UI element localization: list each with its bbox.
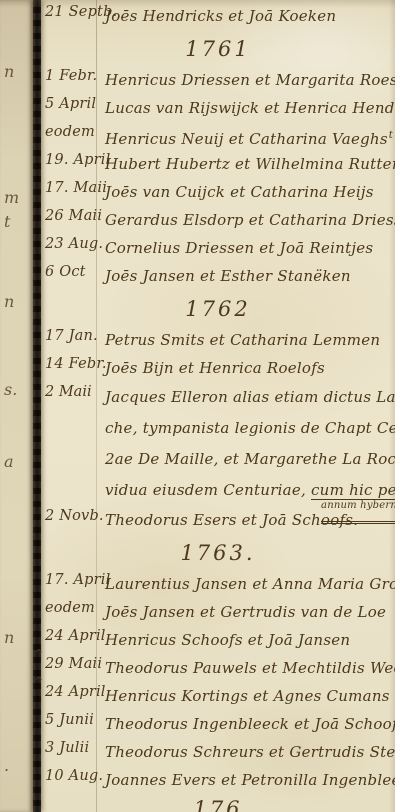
facing-page-margin: [0, 0, 33, 812]
entry-date: eodem: [45, 124, 99, 140]
year-heading: 1762: [45, 290, 391, 326]
entry-date: 23 Aug.: [45, 236, 99, 252]
entry-names: Cornelius Driessen et Joā Reintjes: [105, 239, 373, 257]
entry-date: 3 Julii: [45, 740, 99, 756]
entry-text-line: Jacques Elleron alias etiam dictus La Br…: [105, 382, 391, 413]
entry-names: Theodorus Schreurs et Gertrudis Stenhove…: [105, 743, 395, 761]
entry-names: Henricus Driessen et Margarita Roes: [105, 71, 395, 89]
register-page-scan: 21 Septb. Joēs Hendricks et Joā Koeken 1…: [0, 0, 395, 812]
entry-names: Joannes Evers et Petronilla Ingenbleeck.: [105, 771, 395, 789]
entry-date: eodem: [45, 600, 99, 616]
superscript-correction: t: [389, 130, 393, 141]
entry-names: Joēs van Cuijck et Catharina Heijs: [105, 183, 374, 201]
margin-text-fragment: n: [4, 628, 30, 647]
margin-text-fragment: a: [4, 452, 30, 471]
register-entry-row: 26 Maii Gerardus Elsdorp et Catharina Dr…: [45, 206, 391, 234]
register-entry-row: 24 April^ Henricus Kortings et Agnes Cum…: [45, 682, 391, 710]
register-entry-row: 24 April Henricus Schoofs et Joā Jansen: [45, 626, 391, 654]
margin-text-fragment: n: [4, 292, 30, 311]
entry-names: Henricus Schoofs et Joā Jansen: [105, 631, 350, 649]
entry-date: 24 April: [45, 628, 99, 644]
register-rows: 21 Septb. Joēs Hendricks et Joā Koeken 1…: [45, 2, 391, 812]
entry-date: 24 April^: [45, 684, 99, 700]
entry-date: 29 Maii^: [45, 656, 99, 672]
entry-names: Theodorus Pauwels et Mechtildis Weeren: [105, 659, 395, 677]
entry-names: Gerardus Elsdorp et Catharina Driessen: [105, 211, 395, 229]
margin-text-fragment: n: [4, 62, 30, 81]
register-entry-row: 17 Jan. Petrus Smits et Catharina Lemmen: [45, 326, 391, 354]
entry-names: Lucas van Rijswijck et Henrica Hendricks: [105, 99, 395, 117]
register-entry-row: 1 Febr. Henricus Driessen et Margarita R…: [45, 66, 391, 94]
entry-names: Petrus Smits et Catharina Lemmen: [105, 331, 380, 349]
entry-date: 26 Maii: [45, 208, 99, 224]
entry-names: Henricus Kortings et Agnes Cumans: [105, 687, 390, 705]
entry-date: 17 Jan.: [45, 328, 99, 344]
entry-date: 10 Aug.: [45, 768, 99, 784]
entry-names: Laurentius Jansen et Anna Maria Groesdon…: [105, 575, 395, 593]
margin-text-fragment: .: [4, 756, 30, 775]
entry-date: 5 Junii: [45, 712, 99, 728]
register-entry-row: eodem Joēs Jansen et Gertrudis van de Lo…: [45, 598, 391, 626]
margin-text-fragment: s.: [4, 380, 30, 399]
insertion-caret-mark: ^: [34, 675, 43, 688]
entry-date: 2 Maii: [45, 384, 99, 400]
year-heading: 1763.: [45, 534, 391, 570]
register-entry-row: 23 Aug. Cornelius Driessen et Joā Reintj…: [45, 234, 391, 262]
entry-date: 5 April: [45, 96, 99, 112]
entry-names: Henricus Neuij et Catharina Vaeghst: [105, 130, 393, 148]
entry-names: Joēs Jansen et Esther Stanëken: [105, 267, 351, 285]
entry-date: 17. Maii: [45, 180, 99, 196]
register-entry-row: 3 Julii Theodorus Schreurs et Gertrudis …: [45, 738, 391, 766]
entry-date: 19. April: [45, 152, 99, 168]
insertion-caret-mark: ^: [34, 647, 43, 660]
entry-names: Joēs Hendricks et Joā Koeken: [105, 7, 336, 25]
register-entry-row-multiline: 2 Maii Jacques Elleron alias etiam dictu…: [45, 382, 391, 506]
entry-date: 17. April: [45, 572, 99, 588]
register-entry-row: 6 Oct Joēs Jansen et Esther Stanëken: [45, 262, 391, 290]
entry-date: 21 Septb.: [45, 4, 99, 20]
register-entry-row: 5 April Lucas van Rijswijck et Henrica H…: [45, 94, 391, 122]
register-entry-row: 19. April Hubert Hubertz et Wilhelmina R…: [45, 150, 391, 178]
entry-date: 2 Novb.: [45, 508, 99, 524]
entry-date: 1 Febr.: [45, 68, 99, 84]
register-entry-row: 29 Maii^ Theodorus Pauwels et Mechtildis…: [45, 654, 391, 682]
entry-names: Theodorus Esers et Joā Schoofs.: [105, 511, 358, 529]
margin-text-fragment: m: [4, 188, 30, 207]
entry-text-line: 2ae De Maille, et Margarethe La Roche: [105, 444, 391, 475]
register-entry-row: 5 Junii Theodorus Ingenbleeck et Joā Sch…: [45, 710, 391, 738]
underlined-phrase: cum hic per mediumannum hybernassent: [311, 475, 395, 506]
register-entry-row: 10 Aug. Joannes Evers et Petronilla Inge…: [45, 766, 391, 794]
margin-text-fragment: t: [4, 212, 30, 231]
register-entry-row: eodem Henricus Neuij et Catharina Vaeghs…: [45, 122, 391, 150]
year-heading: 1761: [45, 30, 391, 66]
entry-date: 6 Oct: [45, 264, 99, 280]
entry-names: Joēs Bijn et Henrica Roelofs: [105, 359, 325, 377]
book-binding-gutter: [33, 0, 41, 812]
register-entry-row: 17. Maii Joēs van Cuijck et Catharina He…: [45, 178, 391, 206]
year-heading-partial: 176: [45, 794, 391, 812]
entry-text-line: che, tympanista legionis de Chapt Centur…: [105, 413, 391, 444]
entry-names: Theodorus Ingenbleeck et Joā Schoofs: [105, 715, 395, 733]
register-entry-row: 2 Novb. Theodorus Esers et Joā Schoofs.: [45, 506, 391, 534]
entry-names: Joēs Jansen et Gertrudis van de Loe: [105, 603, 386, 621]
entry-text-line: vidua eiusdem Centuriae, cum hic per med…: [105, 475, 391, 506]
register-entry-row: 14 Febr. Joēs Bijn et Henrica Roelofs: [45, 354, 391, 382]
entry-date: 14 Febr.: [45, 356, 99, 372]
entry-text-lines: Jacques Elleron alias etiam dictus La Br…: [45, 382, 391, 506]
entry-names: Hubert Hubertz et Wilhelmina Rutten: [105, 155, 395, 173]
register-entry-row: 17. April Laurentius Jansen et Anna Mari…: [45, 570, 391, 598]
register-entry-row: 21 Septb. Joēs Hendricks et Joā Koeken: [45, 2, 391, 30]
